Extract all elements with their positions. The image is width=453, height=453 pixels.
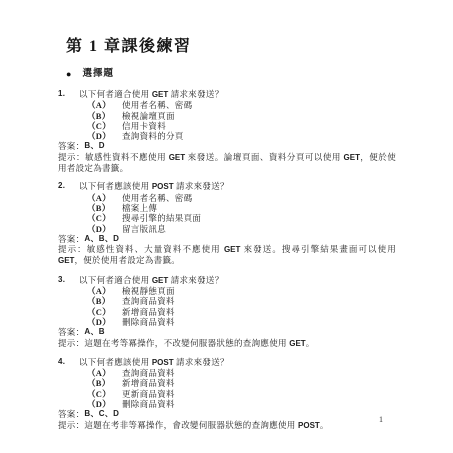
options-list: （A）檢視靜態頁面（B）查詢商品資料（C）新增商品資料（D）刪除商品資料: [58, 286, 396, 327]
option-text: 查詢商品資料: [122, 368, 396, 378]
plain-text: 提示：敏感性資料、大量資料不應使用: [58, 244, 224, 254]
hint-line: 提示：這題在考非等冪操作，會改變伺服器狀態的查詢應使用 POST。: [58, 420, 396, 431]
plain-text: 請求來發送？: [168, 89, 223, 99]
plain-text: 請求來發送？: [174, 181, 229, 191]
option-text: 檔案上傳: [122, 203, 396, 213]
option-text: 刪除商品資料: [122, 317, 396, 327]
plain-text: 來發送。論壇頁面、資料分頁可以使用: [185, 152, 343, 162]
option-row: （B）檢視論壇頁面: [58, 111, 396, 121]
hint-line: 提示：敏感性資料不應使用 GET 來發送。論壇頁面、資料分頁可以使用 GET，便…: [58, 152, 396, 174]
question-stem-row: 2. 以下何者應該使用 POST 請求來發送？: [58, 181, 396, 192]
option-row: （C）新增商品資料: [58, 307, 396, 317]
plain-text: 請求來發送？: [168, 275, 223, 285]
question-number: 3.: [58, 275, 79, 286]
option-row: （D）查詢資料的分頁: [58, 131, 396, 141]
option-text: 使用者名稱、密碼: [122, 100, 396, 110]
answer-line: 答案：B、D: [58, 141, 396, 151]
option-text: 留言版訊息: [122, 224, 396, 234]
plain-text: 提示：這題在考等冪操作，不改變伺服器狀態的查詢應使用: [58, 338, 289, 348]
keyword-text: GET: [289, 339, 305, 348]
question-block: 3. 以下何者適合使用 GET 請求來發送？ （A）檢視靜態頁面（B）查詢商品資…: [58, 275, 396, 349]
keyword-text: POST: [298, 421, 320, 430]
keyword-text: GET: [152, 276, 168, 285]
page-number: 1: [379, 415, 383, 424]
page-title: 第 1 章課後練習: [66, 38, 396, 56]
option-label: （B）: [87, 111, 113, 121]
plain-text: ，便於使用者設定為書籤。: [74, 255, 180, 265]
plain-text: 以下何者應該使用: [79, 181, 152, 191]
option-label: （C）: [87, 307, 113, 317]
option-row: （A）查詢商品資料: [58, 368, 396, 378]
option-row: （A）使用者名稱、密碼: [58, 193, 396, 203]
plain-text: 提示：這題在考非等冪操作，會改變伺服器狀態的查詢應使用: [58, 420, 298, 430]
hint-line: 提示：這題在考等冪操作，不改變伺服器狀態的查詢應使用 GET。: [58, 338, 396, 349]
option-text: 使用者名稱、密碼: [122, 193, 396, 203]
question-text: 以下何者適合使用 GET 請求來發送？: [79, 89, 396, 100]
section-title: 選擇題: [82, 68, 114, 80]
answer-label: 答案：: [58, 141, 84, 151]
plain-text: 以下何者適合使用: [79, 275, 152, 285]
option-text: 查詢商品資料: [122, 296, 396, 306]
keyword-text: POST: [152, 358, 174, 367]
option-label: （D）: [87, 131, 113, 141]
answer-line: 答案：B、C、D: [58, 409, 396, 419]
option-row: （D）刪除商品資料: [58, 317, 396, 327]
options-list: （A）使用者名稱、密碼（B）檢視論壇頁面（C）信用卡資料（D）查詢資料的分頁: [58, 100, 396, 141]
option-label: （A）: [87, 286, 113, 296]
keyword-text: GET: [58, 256, 74, 265]
option-text: 信用卡資料: [122, 121, 396, 131]
option-text: 新增商品資料: [122, 378, 396, 388]
question-text: 以下何者應該使用 POST 請求來發送？: [79, 357, 396, 368]
bullet-icon: ●: [66, 68, 71, 80]
option-text: 搜尋引擎的結果頁面: [122, 213, 396, 223]
keyword-text: POST: [152, 182, 174, 191]
option-row: （A）檢視靜態頁面: [58, 286, 396, 296]
answer-label: 答案：: [58, 234, 84, 244]
question-block: 1. 以下何者適合使用 GET 請求來發送？ （A）使用者名稱、密碼（B）檢視論…: [58, 89, 396, 173]
option-row: （B）檔案上傳: [58, 203, 396, 213]
answer-line: 答案：A、B: [58, 327, 396, 337]
plain-text: 來發送。搜尋引擎結果畫面可以使用: [240, 244, 396, 254]
answer-line: 答案：A、B、D: [58, 234, 396, 244]
keyword-text: GET: [224, 245, 240, 254]
option-text: 刪除商品資料: [122, 399, 396, 409]
option-label: （A）: [87, 100, 113, 110]
option-label: （C）: [87, 389, 113, 399]
question-number: 4.: [58, 357, 79, 368]
answer-value: A、B: [84, 327, 104, 337]
option-label: （C）: [87, 213, 113, 223]
section-heading: ● 選擇題: [66, 68, 396, 80]
questions-list: 1. 以下何者適合使用 GET 請求來發送？ （A）使用者名稱、密碼（B）檢視論…: [58, 89, 396, 431]
plain-text: 。: [306, 338, 315, 348]
option-text: 新增商品資料: [122, 307, 396, 317]
question-number: 1.: [58, 89, 79, 100]
answer-label: 答案：: [58, 327, 84, 337]
options-list: （A）查詢商品資料（B）新增商品資料（C）更新商品資料（D）刪除商品資料: [58, 368, 396, 409]
question-text: 以下何者應該使用 POST 請求來發送？: [79, 181, 396, 192]
plain-text: 。: [320, 420, 329, 430]
option-row: （A）使用者名稱、密碼: [58, 100, 396, 110]
hint-line: 提示：敏感性資料、大量資料不應使用 GET 來發送。搜尋引擎結果畫面可以使用 G…: [58, 244, 396, 267]
option-text: 檢視靜態頁面: [122, 286, 396, 296]
option-row: （C）信用卡資料: [58, 121, 396, 131]
option-label: （A）: [87, 193, 113, 203]
option-text: 檢視論壇頁面: [122, 111, 396, 121]
question-number: 2.: [58, 181, 79, 192]
question-text: 以下何者適合使用 GET 請求來發送？: [79, 275, 396, 286]
option-text: 查詢資料的分頁: [122, 131, 396, 141]
option-label: （D）: [87, 224, 113, 234]
answer-value: A、B、D: [84, 234, 119, 244]
keyword-text: GET: [344, 153, 360, 162]
option-label: （B）: [87, 378, 113, 388]
options-list: （A）使用者名稱、密碼（B）檔案上傳（C）搜尋引擎的結果頁面（D）留言版訊息: [58, 193, 396, 234]
option-label: （D）: [87, 399, 113, 409]
question-stem-row: 3. 以下何者適合使用 GET 請求來發送？: [58, 275, 396, 286]
plain-text: 以下何者適合使用: [79, 89, 152, 99]
option-row: （D）刪除商品資料: [58, 399, 396, 409]
question-block: 4. 以下何者應該使用 POST 請求來發送？ （A）查詢商品資料（B）新增商品…: [58, 357, 396, 431]
option-label: （A）: [87, 368, 113, 378]
plain-text: 提示：敏感性資料不應使用: [58, 152, 169, 162]
answer-label: 答案：: [58, 409, 84, 419]
plain-text: 以下何者應該使用: [79, 357, 152, 367]
option-row: （D）留言版訊息: [58, 224, 396, 234]
answer-value: B、D: [84, 141, 104, 151]
option-row: （B）查詢商品資料: [58, 296, 396, 306]
option-row: （C）搜尋引擎的結果頁面: [58, 213, 396, 223]
option-text: 更新商品資料: [122, 389, 396, 399]
document-page: 第 1 章課後練習 ● 選擇題 1. 以下何者適合使用 GET 請求來發送？ （…: [0, 0, 453, 453]
option-row: （C）更新商品資料: [58, 389, 396, 399]
answer-value: B、C、D: [84, 409, 119, 419]
question-block: 2. 以下何者應該使用 POST 請求來發送？ （A）使用者名稱、密碼（B）檔案…: [58, 181, 396, 266]
option-label: （B）: [87, 296, 113, 306]
option-label: （C）: [87, 121, 113, 131]
question-stem-row: 4. 以下何者應該使用 POST 請求來發送？: [58, 357, 396, 368]
keyword-text: GET: [169, 153, 185, 162]
option-row: （B）新增商品資料: [58, 378, 396, 388]
question-stem-row: 1. 以下何者適合使用 GET 請求來發送？: [58, 89, 396, 100]
plain-text: 請求來發送？: [174, 357, 229, 367]
option-label: （D）: [87, 317, 113, 327]
option-label: （B）: [87, 203, 113, 213]
keyword-text: GET: [152, 90, 168, 99]
